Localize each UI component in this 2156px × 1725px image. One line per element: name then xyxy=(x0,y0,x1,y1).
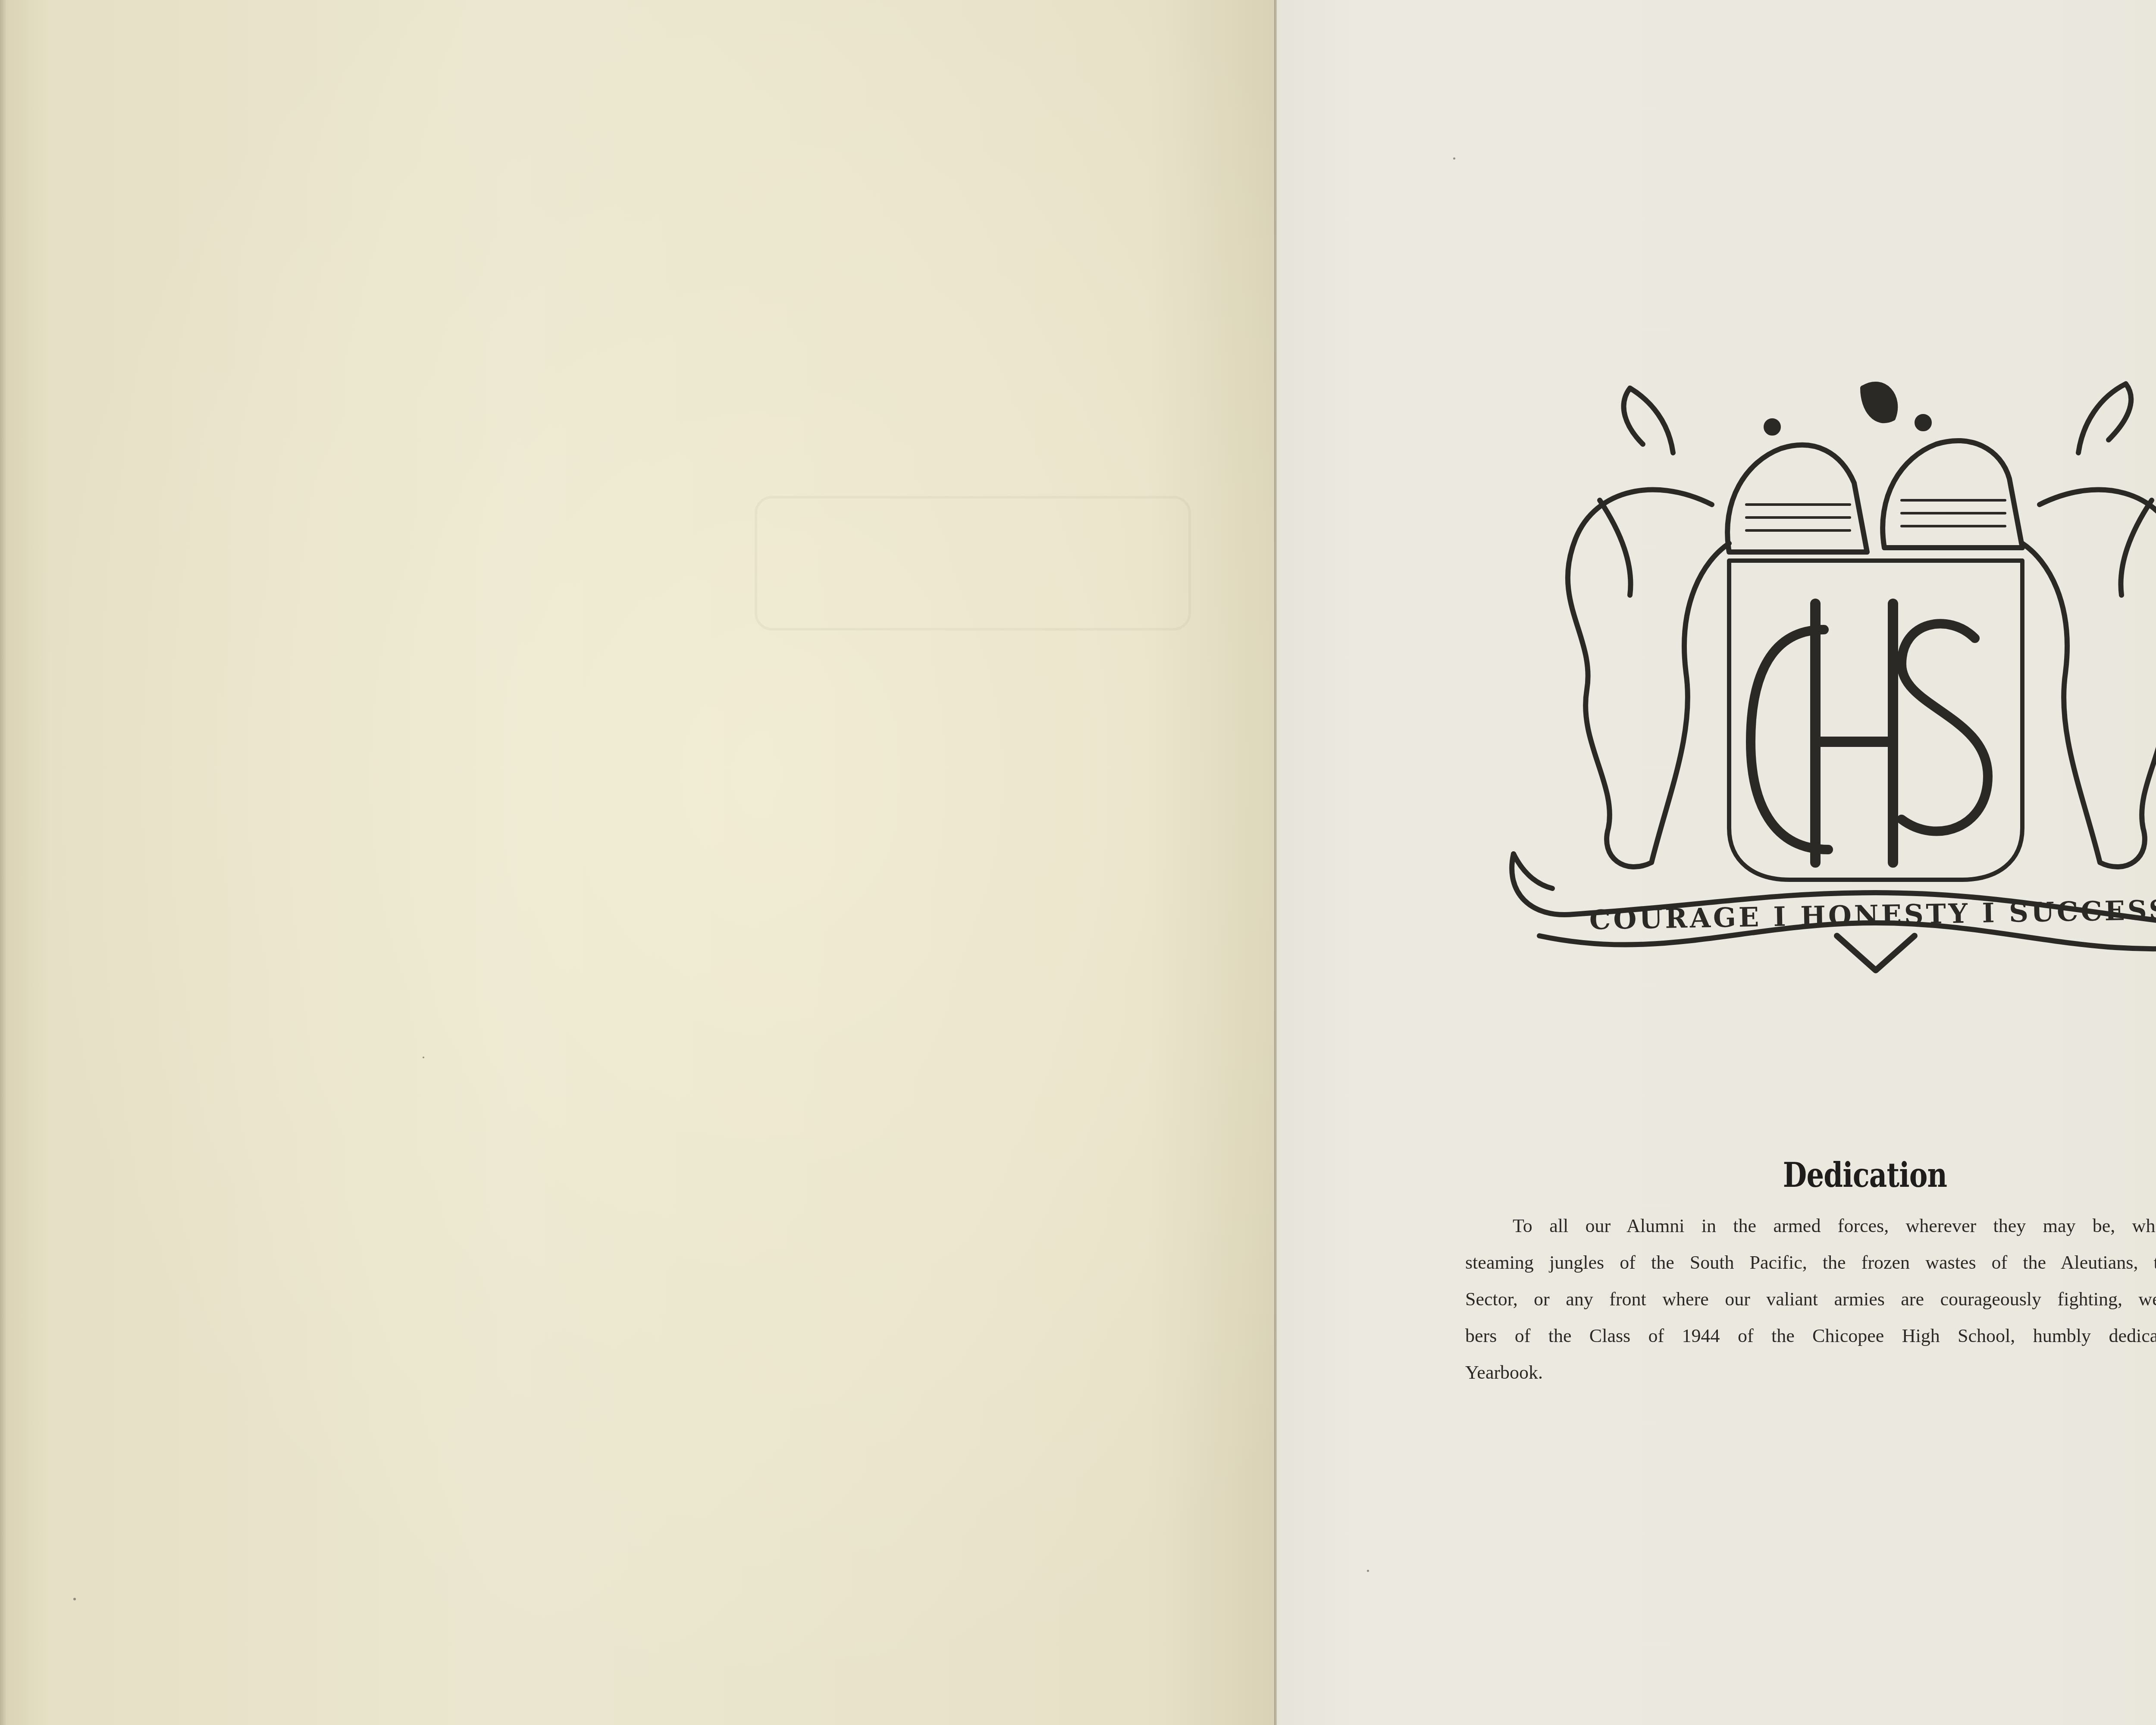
dedication-line: To all our Alumni in the armed forces, w… xyxy=(1465,1207,2156,1244)
left-page-edge xyxy=(0,0,6,1725)
dedication-paragraph: To all our Alumni in the armed forces, w… xyxy=(1465,1207,2156,1391)
dedication-line: Sector, or any front where our valiant a… xyxy=(1465,1281,2156,1317)
left-page xyxy=(0,0,1275,1725)
school-crest xyxy=(1488,362,2156,983)
dedication-line: Yearbook. xyxy=(1465,1354,2156,1391)
paper-speck xyxy=(73,1598,76,1600)
dedication-line: steaming jungles of the South Pacific, t… xyxy=(1465,1244,2156,1281)
paper-speck xyxy=(423,1057,424,1058)
dedication-line: bers of the Class of 1944 of the Chicope… xyxy=(1465,1317,2156,1354)
show-through-ghost xyxy=(755,496,1191,630)
crest-icon xyxy=(1488,362,2156,983)
dedication-title: Dedication xyxy=(1759,1156,1971,1195)
dedication-line-text: To all our Alumni in the armed forces, w… xyxy=(1513,1215,2156,1236)
paper-speck xyxy=(1367,1570,1369,1572)
paper-speck xyxy=(1453,157,1455,160)
book-spread: COURAGE I HONESTY I SUCCESS xyxy=(0,0,2156,1725)
